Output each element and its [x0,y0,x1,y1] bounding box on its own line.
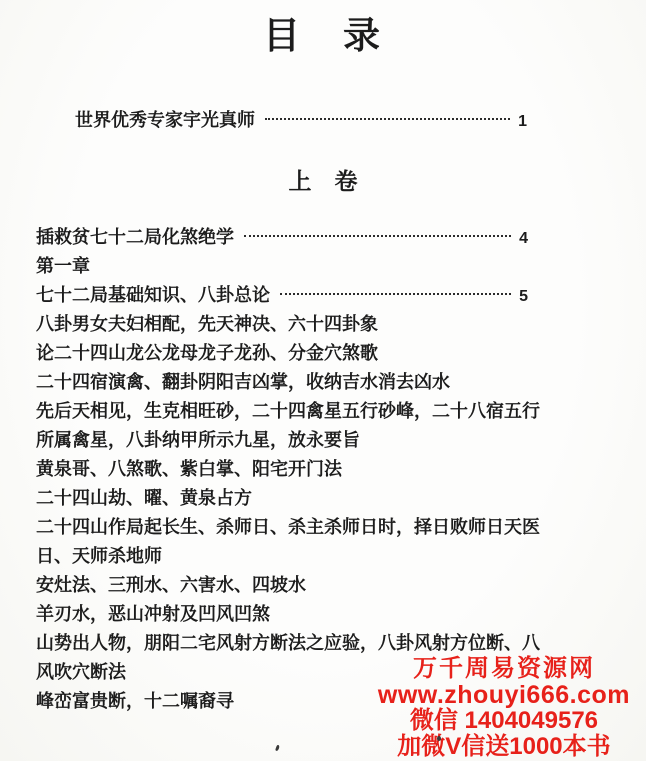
toc-entry: 所属禽星，八卦纳甲所示九星，放永要旨 [36,426,624,455]
watermark: 万千周易资源网 www.zhouyi666.com 微信 1404049576 … [378,656,630,760]
dot-leader [265,118,510,120]
toc-entry: 安灶法、三刑水、六害水、四坡水 [36,571,624,600]
toc-entry: 世界优秀专家宇光真师 1 [75,106,527,135]
toc-entry: 二十四山作局起长生、杀师日、杀主杀师日时，择日败师日天医 [36,513,624,542]
toc-page: 目 录 世界优秀专家宇光真师 1 上 卷 插救贫七十二局化煞绝学 4 第一章 七… [0,0,646,761]
toc-entry: 二十四山劫、曜、黄泉占方 [36,484,624,513]
scan-artifact [275,745,280,752]
dot-leader [244,235,511,237]
toc-entry: 插救贫七十二局化煞绝学 4 [36,223,528,252]
entry-text: 七十二局基础知识、八卦总论 [36,281,270,310]
volume-header: 上 卷 [0,163,646,196]
page-title: 目 录 [0,0,646,59]
toc-entry: 八卦男女夫妇相配，先天神决、六十四卦象 [36,310,624,339]
watermark-promo: 加微V信送1000本书 [378,734,630,760]
toc-entry-list: 插救贫七十二局化煞绝学 4 第一章 七十二局基础知识、八卦总论 5 八卦男女夫妇… [36,223,624,716]
toc-entry: 第一章 [36,252,624,281]
watermark-url: www.zhouyi666.com [378,682,630,708]
page-number: 4 [519,224,528,253]
entry-text: 插救贫七十二局化煞绝学 [36,223,234,252]
toc-entry: 二十四宿演禽、翻卦阴阳吉凶掌，收纳吉水消去凶水 [36,368,624,397]
entry-text: 世界优秀专家宇光真师 [75,106,255,135]
toc-entry: 羊刃水，恶山冲射及凹风凹煞 [36,600,624,629]
toc-entry: 山势出人物，朋阳二宅风射方断法之应验，八卦风射方位断、八 [36,629,624,658]
watermark-site-name: 万千周易资源网 [378,656,630,682]
dot-leader [280,293,511,295]
watermark-wechat: 微信 1404049576 [378,708,630,734]
ink-speck [437,736,441,741]
toc-entry: 日、天师杀地师 [36,542,624,571]
toc-entry: 先后天相见，生克相旺砂，二十四禽星五行砂峰，二十八宿五行 [36,397,624,426]
toc-entry: 七十二局基础知识、八卦总论 5 [36,281,528,310]
toc-entry: 论二十四山龙公龙母龙子龙孙、分金穴煞歌 [36,339,624,368]
toc-entry: 黄泉哥、八煞歌、紫白掌、阳宅开门法 [36,455,624,484]
page-number: 1 [518,107,527,136]
page-number: 5 [519,282,528,311]
